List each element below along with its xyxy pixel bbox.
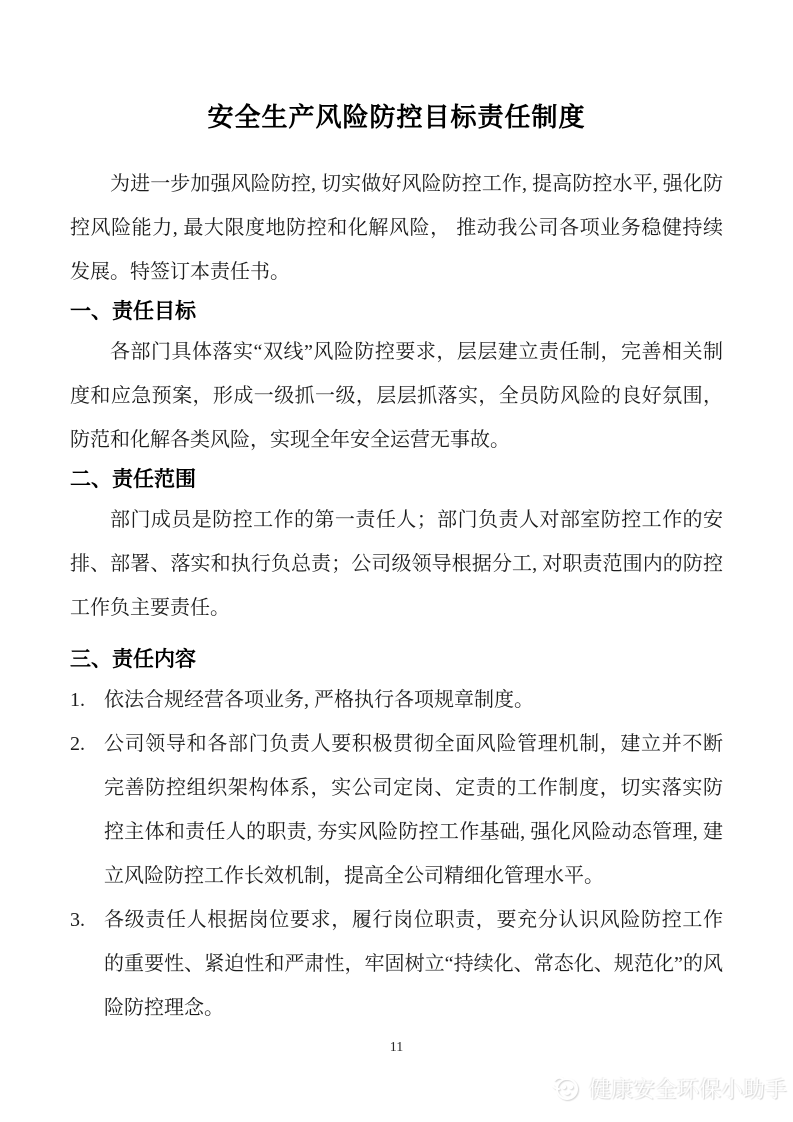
section-heading-scope: 二、责任范围 <box>70 462 723 498</box>
section-heading-content: 三、责任内容 <box>70 642 723 678</box>
list-item: 2. 公司领导和各部门负责人要积极贯彻全面风险管理机制，建立并不断完善防控组织架… <box>70 722 723 898</box>
list-item: 3. 各级责任人根据岗位要求，履行岗位职责，要充分认识风险防控工作的重要性、紧迫… <box>70 898 723 1030</box>
document-page: 安全生产风险防控目标责任制度 为进一步加强风险防控, 切实做好风险防控工作, 提… <box>0 0 793 1122</box>
intro-paragraph: 为进一步加强风险防控, 切实做好风险防控工作, 提高防控水平, 强化防控风险能力… <box>70 162 723 294</box>
watermark: 健康安全环保小助手 <box>549 1072 787 1104</box>
section-body-goals: 各部门具体落实“双线”风险防控要求，层层建立责任制，完善相关制度和应急预案，形成… <box>70 330 723 462</box>
mascot-icon <box>549 1072 583 1104</box>
section-heading-goals: 一、责任目标 <box>70 294 723 330</box>
list-item-text: 各级责任人根据岗位要求，履行岗位职责，要充分认识风险防控工作的重要性、紧迫性和严… <box>104 898 723 1030</box>
section-body-scope: 部门成员是防控工作的第一责任人；部门负责人对部室防控工作的安排、部署、落实和执行… <box>70 498 723 630</box>
list-item-text: 依法合规经营各项业务, 严格执行各项规章制度。 <box>104 678 723 722</box>
page-title: 安全生产风险防控目标责任制度 <box>70 0 723 134</box>
list-number: 2. <box>70 722 104 766</box>
list-number: 3. <box>70 898 104 942</box>
list-item: 1. 依法合规经营各项业务, 严格执行各项规章制度。 <box>70 678 723 722</box>
page-number: 11 <box>0 1038 793 1058</box>
list-item-text: 公司领导和各部门负责人要积极贯彻全面风险管理机制，建立并不断完善防控组织架构体系… <box>104 722 723 898</box>
watermark-label: 健康安全环保小助手 <box>589 1073 787 1104</box>
list-number: 1. <box>70 678 104 722</box>
document-content: 安全生产风险防控目标责任制度 为进一步加强风险防控, 切实做好风险防控工作, 提… <box>0 0 793 1030</box>
